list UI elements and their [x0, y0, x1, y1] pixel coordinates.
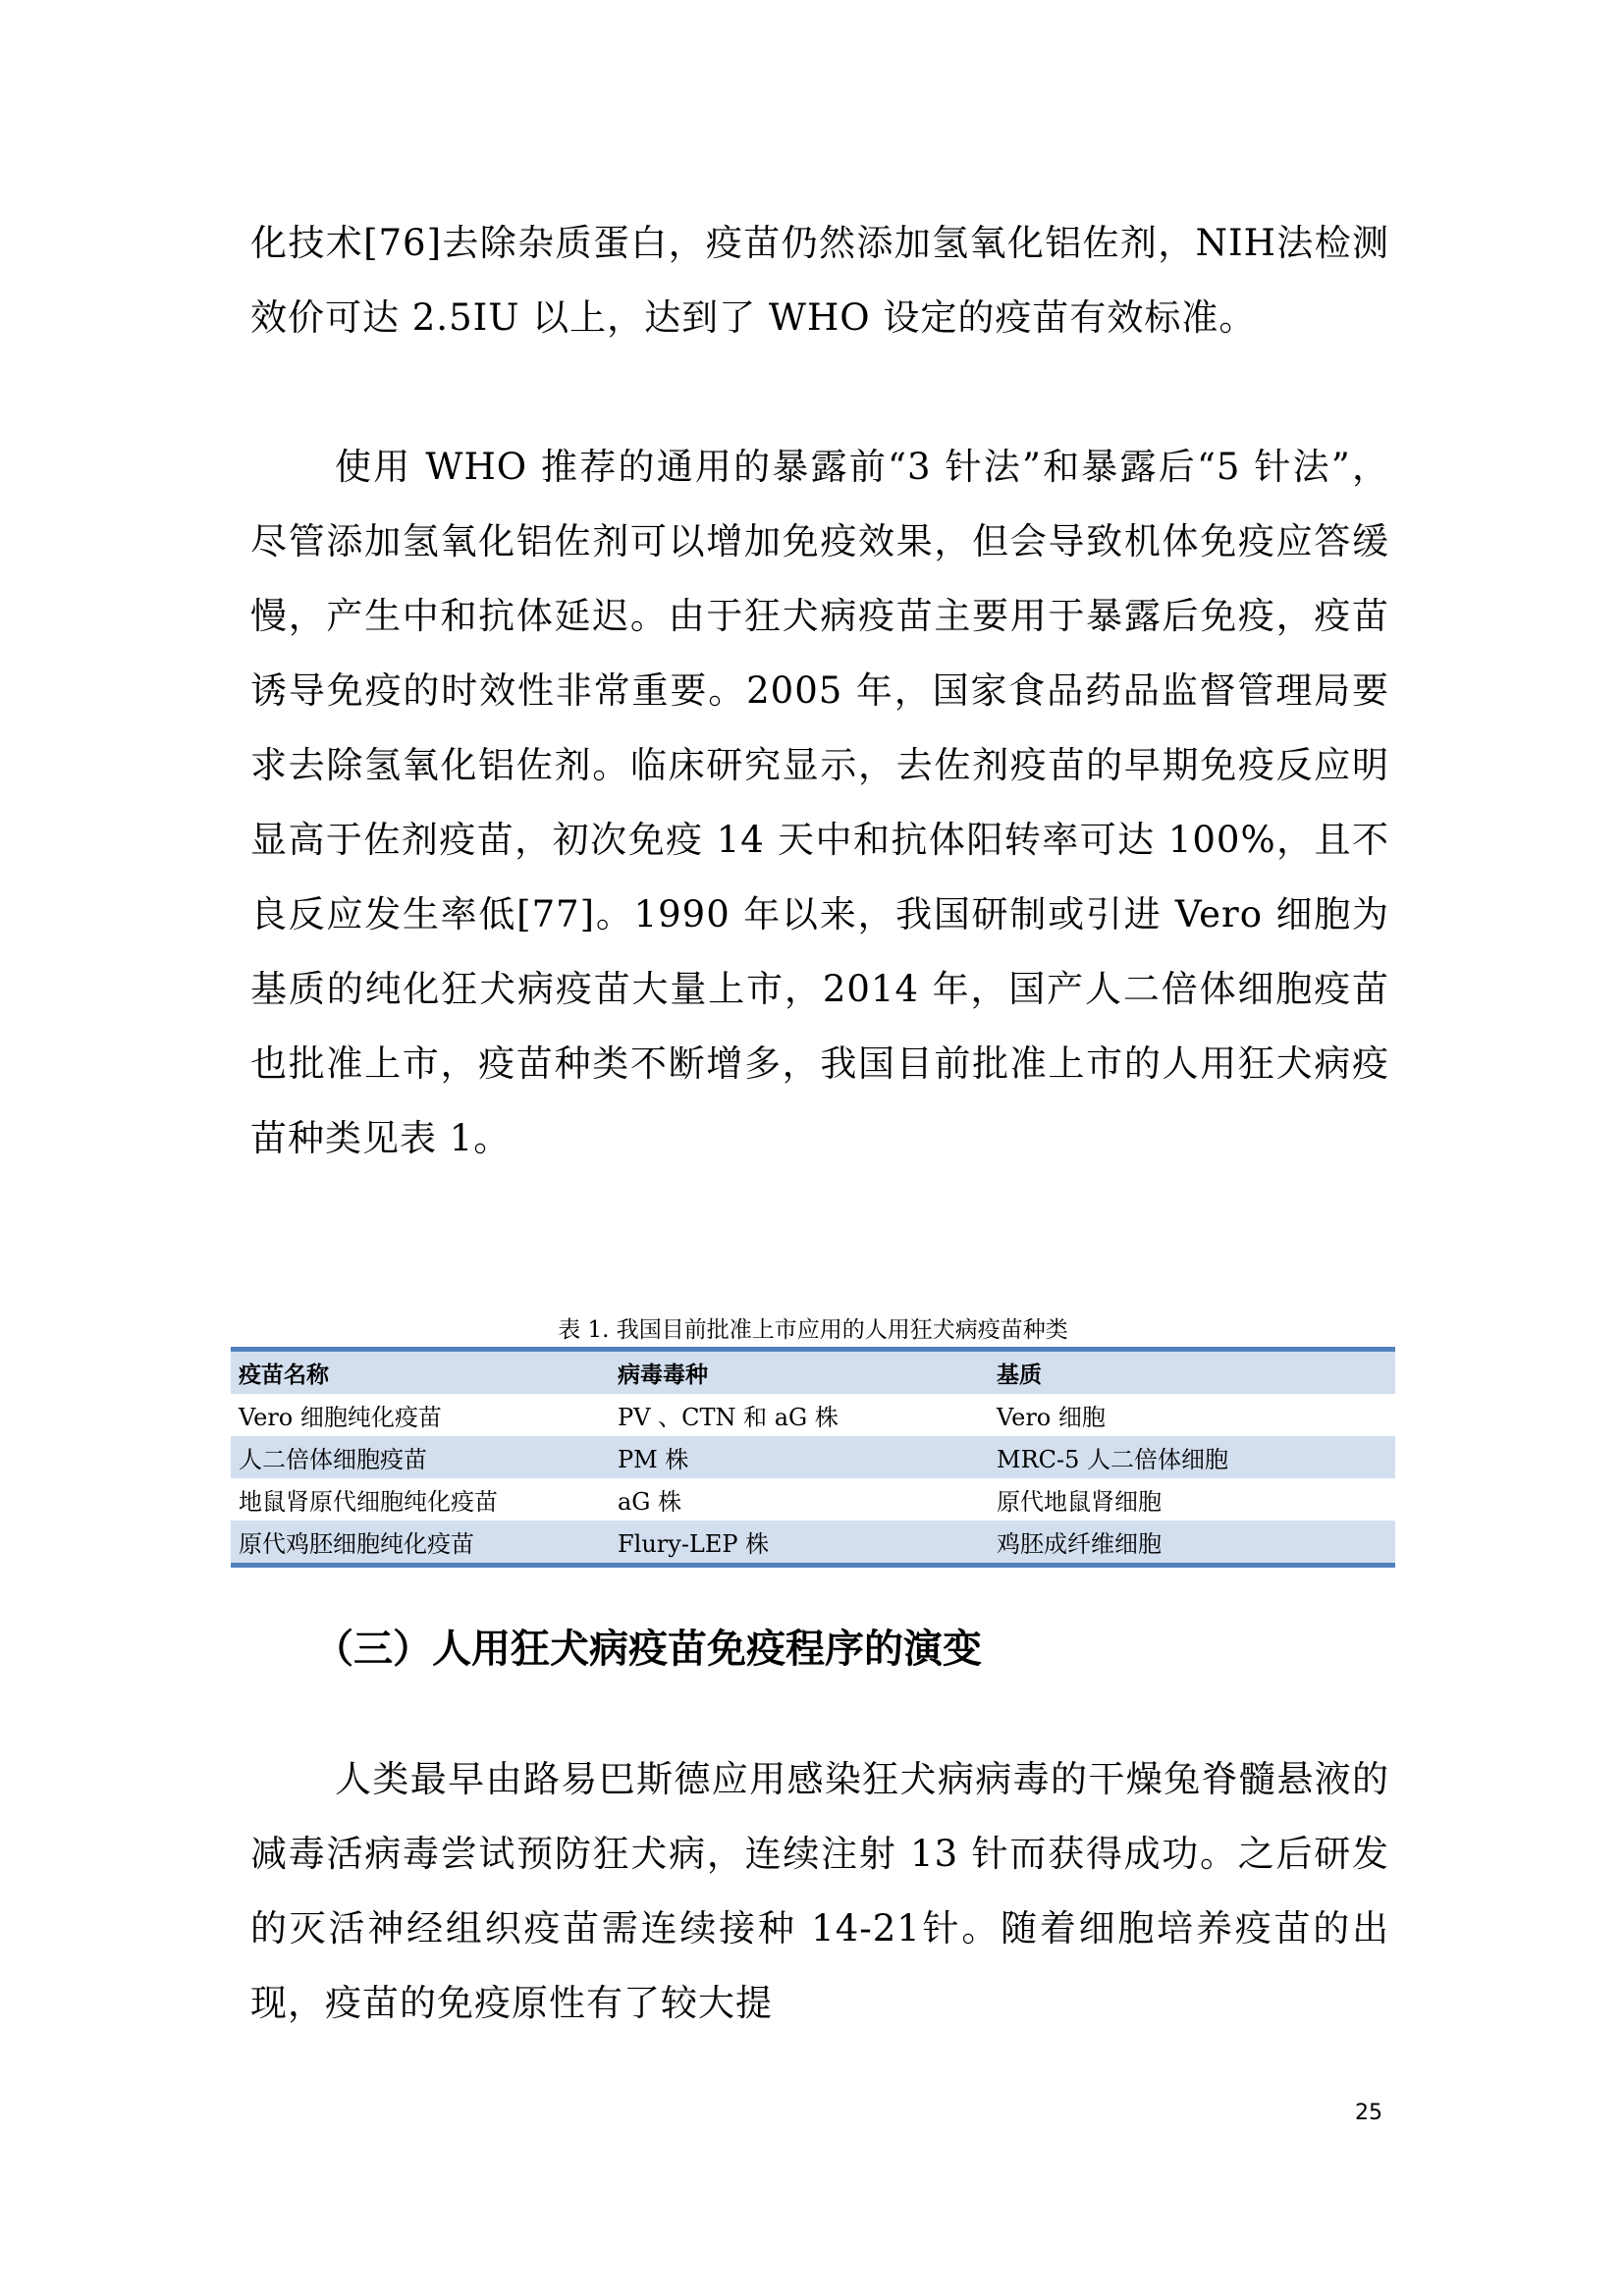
cell-virus-strain: PV 、CTN 和 aG 株 [610, 1394, 989, 1436]
header-vaccine-name: 疫苗名称 [231, 1350, 610, 1395]
paragraph-adjuvant-history: 使用 WHO 推荐的通用的暴露前“3 针法”和暴露后“5 针法”，尽管添加氢氧化… [250, 430, 1389, 1176]
header-substrate: 基质 [989, 1350, 1395, 1395]
table-header-row: 疫苗名称 病毒毒种 基质 [231, 1350, 1395, 1395]
cell-substrate: 鸡胚成纤维细胞 [989, 1521, 1395, 1566]
cell-virus-strain: aG 株 [610, 1478, 989, 1521]
cell-vaccine-name: 原代鸡胚细胞纯化疫苗 [231, 1521, 610, 1566]
cell-substrate: 原代地鼠肾细胞 [989, 1478, 1395, 1521]
table-row: 人二倍体细胞疫苗 PM 株 MRC-5 人二倍体细胞 [231, 1436, 1395, 1478]
table-row: Vero 细胞纯化疫苗 PV 、CTN 和 aG 株 Vero 细胞 [231, 1394, 1395, 1436]
section-heading: （三）人用狂犬病疫苗免疫程序的演变 [314, 1620, 982, 1679]
vaccine-types-table: 疫苗名称 病毒毒种 基质 Vero 细胞纯化疫苗 PV 、CTN 和 aG 株 … [231, 1347, 1395, 1568]
header-virus-strain: 病毒毒种 [610, 1350, 989, 1395]
paragraph-continued: 化技术[76]去除杂质蛋白，疫苗仍然添加氢氧化铝佐剂，NIH法检测效价可达 2.… [250, 206, 1389, 355]
cell-virus-strain: PM 株 [610, 1436, 989, 1478]
paragraph-immunization-history: 人类最早由路易巴斯德应用感染狂犬病病毒的干燥兔脊髓悬液的减毒活病毒尝试预防狂犬病… [250, 1742, 1389, 2041]
cell-substrate: Vero 细胞 [989, 1394, 1395, 1436]
page-number: 25 [1355, 2101, 1382, 2125]
table-row: 原代鸡胚细胞纯化疫苗 Flury-LEP 株 鸡胚成纤维细胞 [231, 1521, 1395, 1566]
cell-vaccine-name: Vero 细胞纯化疫苗 [231, 1394, 610, 1436]
cell-substrate: MRC-5 人二倍体细胞 [989, 1436, 1395, 1478]
cell-virus-strain: Flury-LEP 株 [610, 1521, 989, 1566]
table-row: 地鼠肾原代细胞纯化疫苗 aG 株 原代地鼠肾细胞 [231, 1478, 1395, 1521]
cell-vaccine-name: 人二倍体细胞疫苗 [231, 1436, 610, 1478]
cell-vaccine-name: 地鼠肾原代细胞纯化疫苗 [231, 1478, 610, 1521]
table-caption: 表 1. 我国目前批准上市应用的人用狂犬病疫苗种类 [231, 1315, 1395, 1345]
